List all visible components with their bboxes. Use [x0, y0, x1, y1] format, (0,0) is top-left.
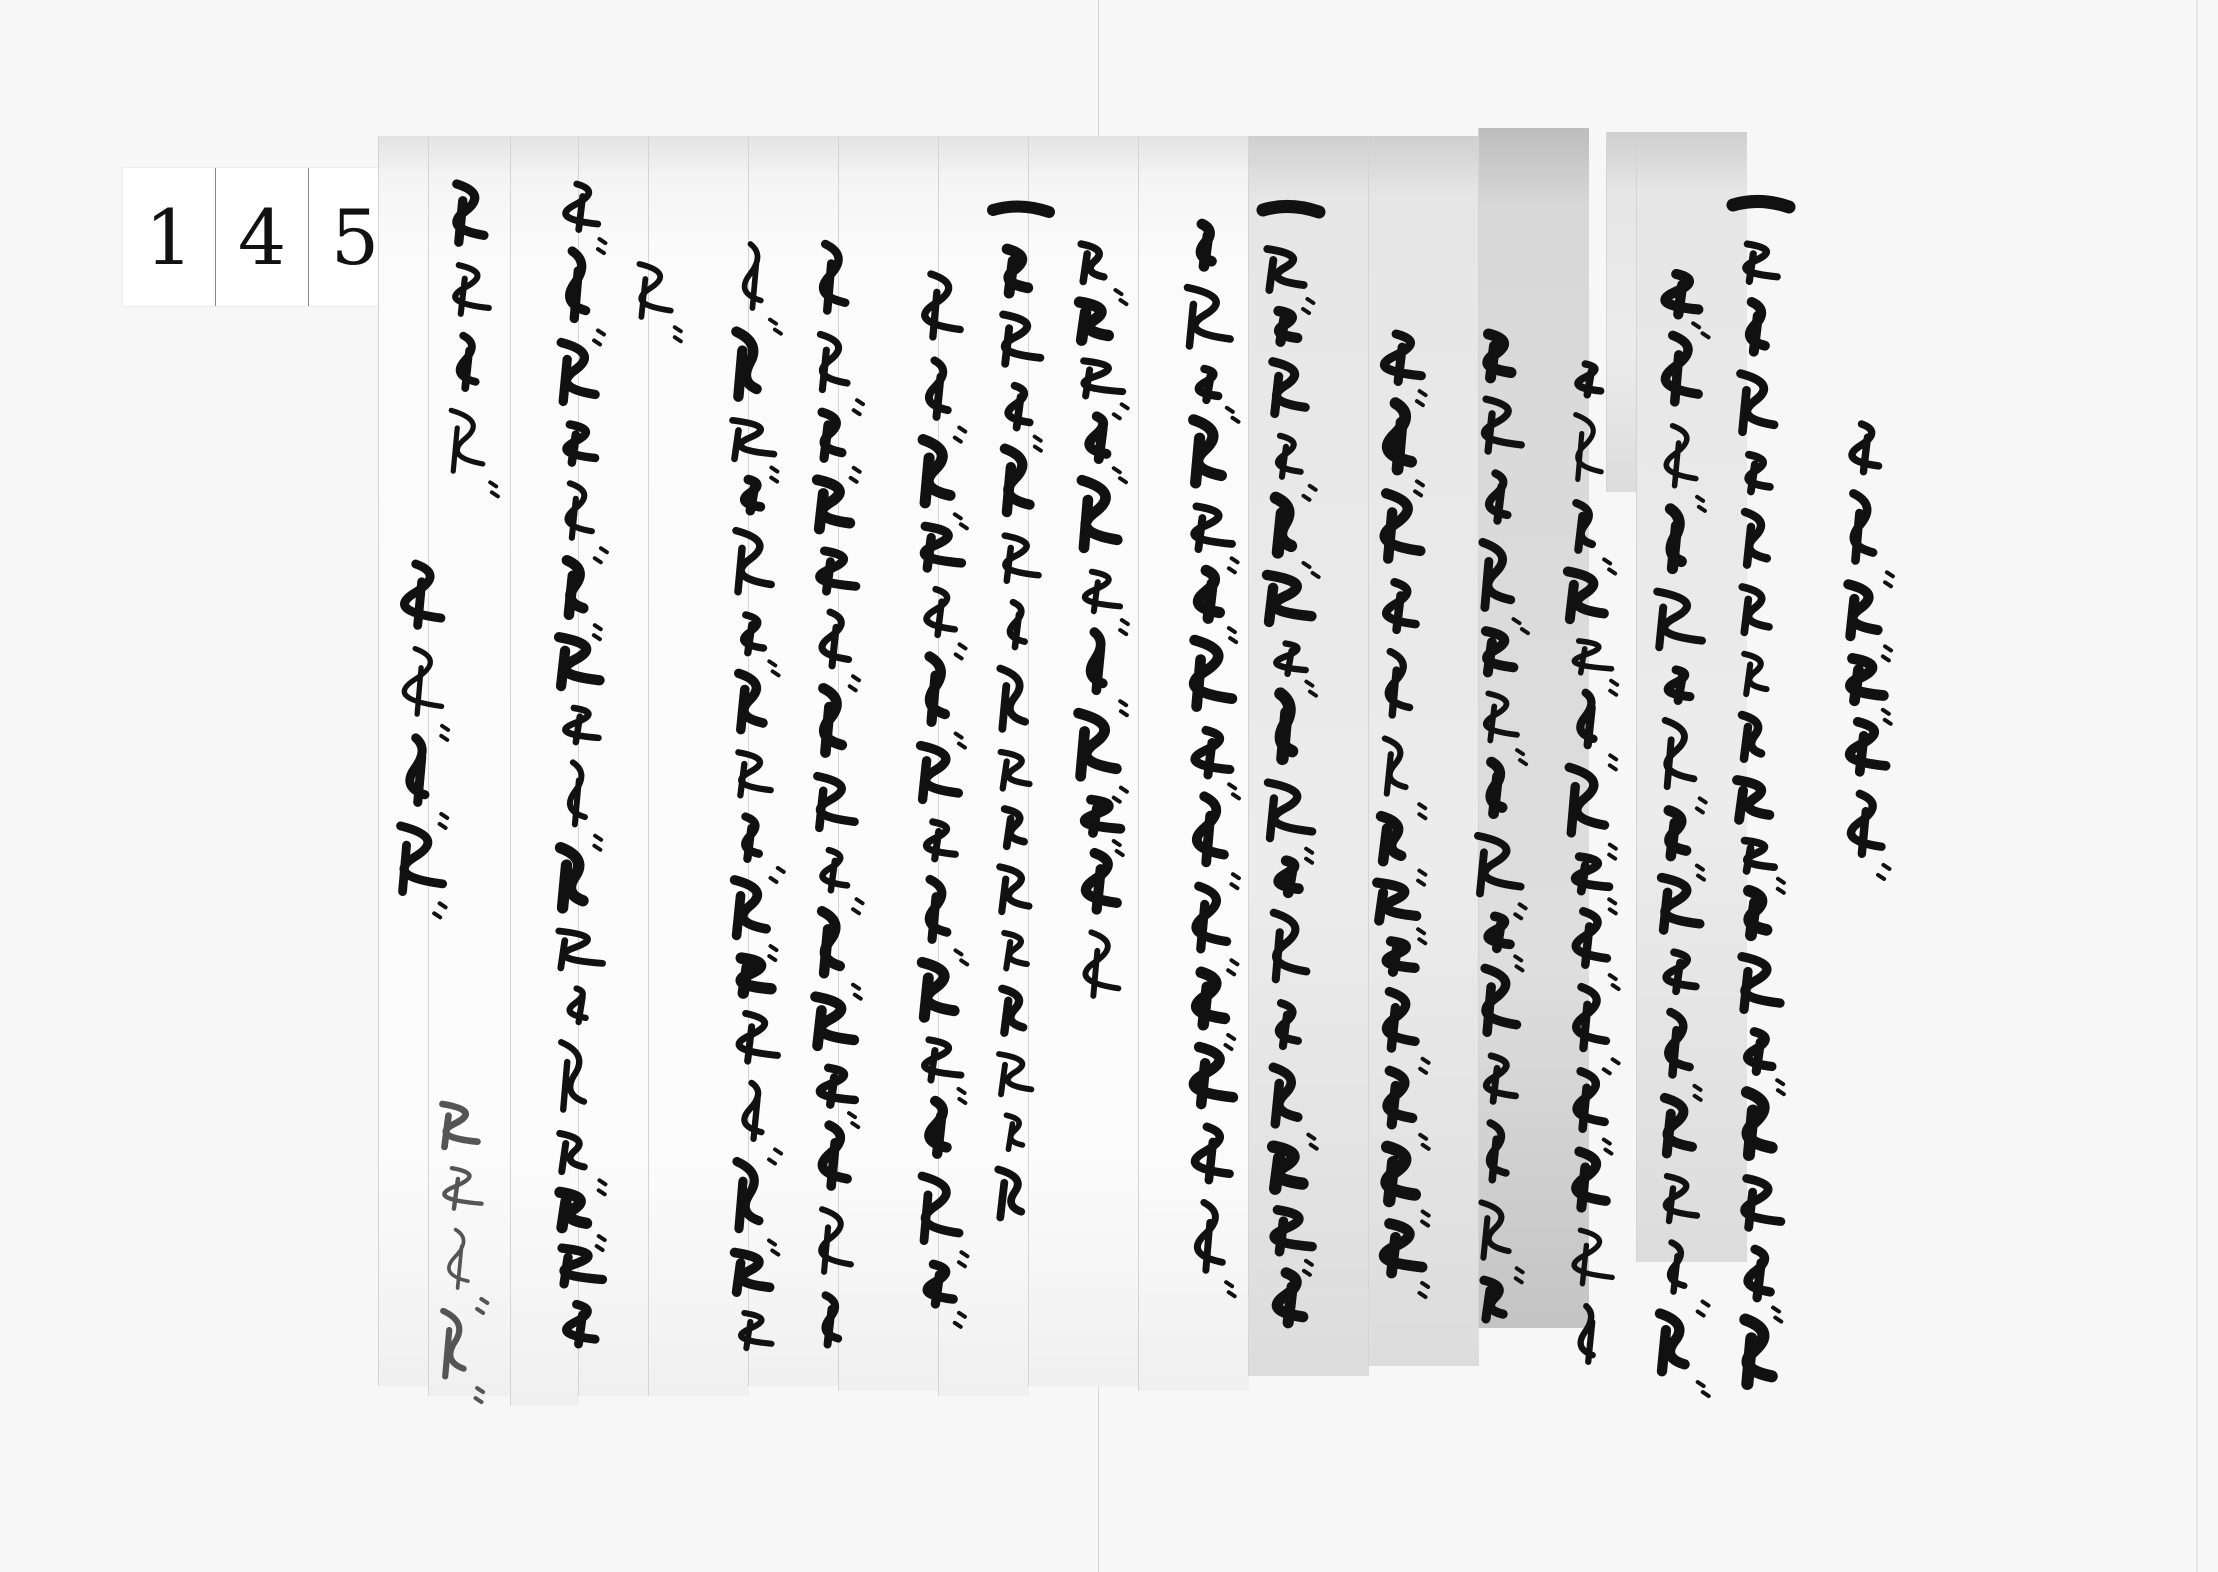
catalog-number-tag: 1 4 5 [123, 168, 401, 306]
handwritten-column [1365, 330, 1435, 1240]
scan-right-edge [2196, 0, 2198, 1572]
handwritten-column [1830, 420, 1900, 850]
handwritten-column [1645, 270, 1715, 1350]
handwritten-column [545, 180, 615, 1350]
handwritten-column [1465, 330, 1535, 1330]
handwritten-column [1175, 220, 1245, 1310]
handwritten-column [1065, 240, 1135, 960]
handwritten-column [1725, 195, 1795, 1355]
handwritten-column [905, 270, 975, 1340]
handwritten-column [985, 200, 1055, 1200]
handwritten-column [1555, 360, 1625, 1360]
handwritten-column [620, 260, 690, 330]
handwritten-column [435, 180, 505, 480]
handwritten-column [1255, 200, 1325, 1320]
tag-digit: 4 [216, 168, 309, 306]
handwritten-column [425, 1100, 495, 1340]
handwritten-column [720, 240, 790, 1370]
handwritten-column [385, 560, 455, 930]
handwritten-column [800, 240, 870, 1340]
tag-digit: 1 [123, 168, 216, 306]
